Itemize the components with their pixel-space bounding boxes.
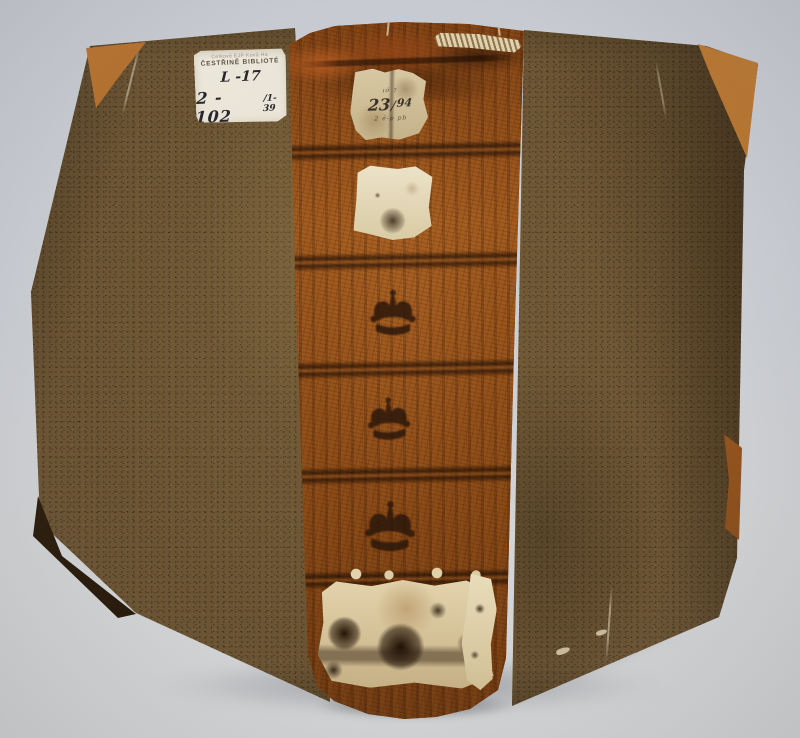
photo-antique-book: Celkové EJP Kovů Ha ČESTŘINĚ BIBLIOTÉ L … <box>0 0 800 738</box>
photo-vignette <box>0 0 800 738</box>
